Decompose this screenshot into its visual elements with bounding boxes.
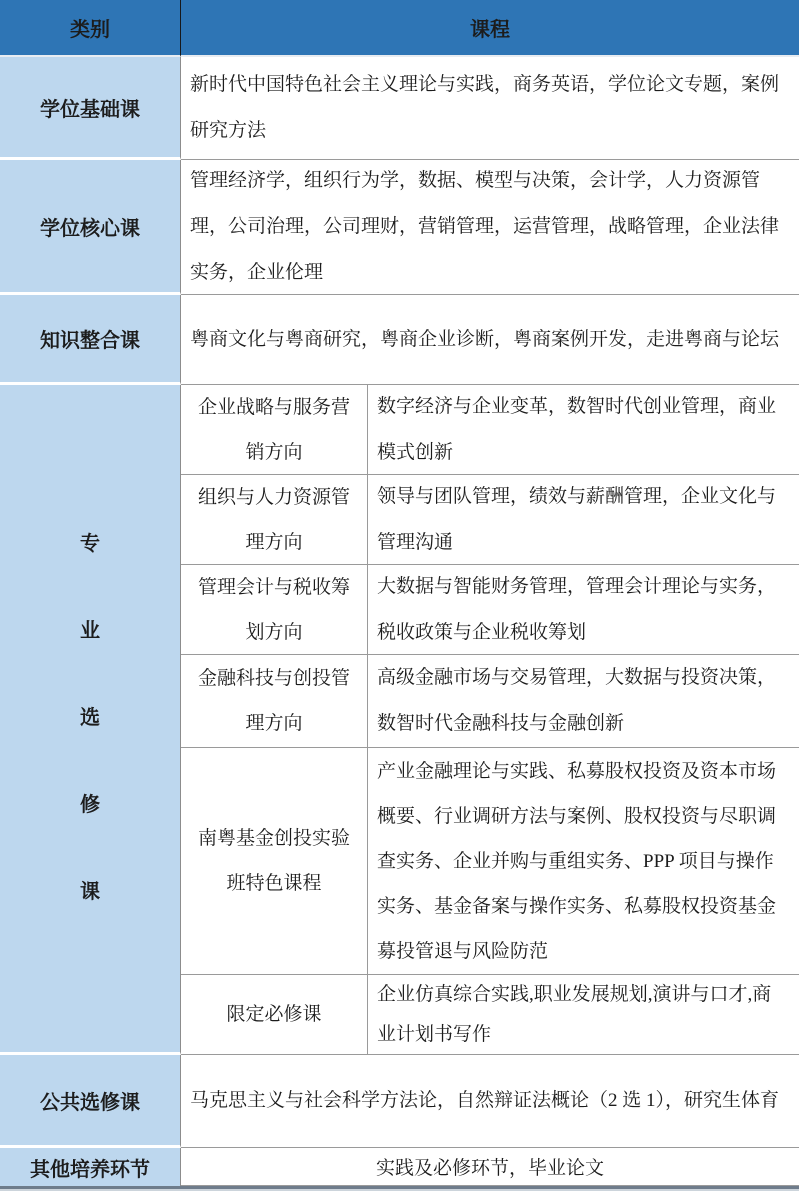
track-cell-fintech-vc: 金融科技与创投管理方向	[181, 655, 368, 748]
course-text: 粤商文化与粤商研究，粤商企业诊断，粤商案例开发，走进粤商与论坛	[190, 317, 779, 363]
course-cell-basic: 新时代中国特色社会主义理论与实践，商务英语，学位论文专题，案例研究方法	[181, 57, 799, 160]
track-label: 企业战略与服务营销方向	[197, 385, 351, 475]
course-text: 高级金融市场与交易管理，大数据与投资决策，数智时代金融科技与金融创新	[377, 655, 789, 747]
bottom-border-bar	[0, 1186, 799, 1191]
track-cell-strategy-marketing: 企业战略与服务营销方向	[181, 385, 368, 475]
course-cell-accounting-tax: 大数据与智能财务管理，管理会计理论与实务，税收政策与企业税收筹划	[368, 565, 799, 655]
track-label: 南粤基金创投实验班特色课程	[197, 816, 351, 906]
category-cell-elective: 专 业 选 修 课	[0, 385, 181, 1055]
track-cell-limited-required: 限定必修课	[181, 975, 368, 1055]
track-label: 组织与人力资源管理方向	[197, 475, 351, 565]
track-cell-org-hr: 组织与人力资源管理方向	[181, 475, 368, 565]
course-cell-nanyue-fund: 产业金融理论与实践、私募股权投资及资本市场概要、行业调研方法与案例、股权投资与尽…	[368, 748, 799, 975]
course-cell-core: 管理经济学，组织行为学，数据、模型与决策，会计学，人力资源管理，公司治理，公司理…	[181, 160, 799, 295]
course-text: 企业仿真综合实践,职业发展规划,演讲与口才,商业计划书写作	[377, 975, 789, 1055]
category-cell-basic: 学位基础课	[0, 57, 181, 160]
course-cell-strategy-marketing: 数字经济与企业变革，数智时代创业管理，商业模式创新	[368, 385, 799, 475]
category-char: 选	[80, 675, 100, 762]
category-cell-integration: 知识整合课	[0, 295, 181, 385]
course-cell-limited-required: 企业仿真综合实践,职业发展规划,演讲与口才,商业计划书写作	[368, 975, 799, 1055]
track-cell-accounting-tax: 管理会计与税收筹划方向	[181, 565, 368, 655]
category-label: 其他培养环节	[30, 1153, 150, 1182]
category-label: 学位基础课	[40, 93, 140, 122]
course-text: 产业金融理论与实践、私募股权投资及资本市场概要、行业调研方法与案例、股权投资与尽…	[377, 749, 789, 974]
category-cell-core: 学位核心课	[0, 160, 181, 295]
category-cell-public: 公共选修课	[0, 1055, 181, 1148]
course-text: 实践及必修环节，毕业论文	[376, 1153, 604, 1180]
category-cell-other: 其他培养环节	[0, 1148, 181, 1186]
course-cell-integration: 粤商文化与粤商研究，粤商企业诊断，粤商案例开发，走进粤商与论坛	[181, 295, 799, 385]
header-cell-course: 课程	[181, 0, 799, 57]
course-text: 马克思主义与社会科学方法论，自然辩证法概论（2 选 1），研究生体育	[190, 1078, 779, 1124]
track-label: 限定必修课	[197, 992, 351, 1037]
course-cell-public: 马克思主义与社会科学方法论，自然辩证法概论（2 选 1），研究生体育	[181, 1055, 799, 1148]
course-text: 大数据与智能财务管理，管理会计理论与实务，税收政策与企业税收筹划	[377, 565, 789, 655]
category-label: 学位核心课	[40, 212, 140, 241]
category-char: 业	[80, 588, 100, 675]
category-label: 公共选修课	[40, 1086, 140, 1115]
course-text: 新时代中国特色社会主义理论与实践，商务英语，学位论文专题，案例研究方法	[190, 62, 789, 154]
course-cell-other: 实践及必修环节，毕业论文	[181, 1148, 799, 1186]
track-label: 管理会计与税收筹划方向	[197, 565, 351, 655]
course-text: 管理经济学，组织行为学，数据、模型与决策，会计学，人力资源管理，公司治理，公司理…	[190, 160, 789, 295]
track-label: 金融科技与创投管理方向	[197, 656, 351, 746]
header-category-label: 类别	[70, 13, 110, 42]
course-text: 领导与团队管理，绩效与薪酬管理，企业文化与管理沟通	[377, 475, 789, 565]
track-cell-nanyue-fund: 南粤基金创投实验班特色课程	[181, 748, 368, 975]
course-text: 数字经济与企业变革，数智时代创业管理，商业模式创新	[377, 385, 789, 475]
category-char: 专	[80, 501, 100, 588]
curriculum-table: 类别 课程 学位基础课 新时代中国特色社会主义理论与实践，商务英语，学位论文专题…	[0, 0, 799, 1186]
category-char: 课	[80, 849, 100, 936]
header-cell-category: 类别	[0, 0, 181, 57]
course-cell-org-hr: 领导与团队管理，绩效与薪酬管理，企业文化与管理沟通	[368, 475, 799, 565]
category-char: 修	[80, 762, 100, 849]
header-course-label: 课程	[470, 13, 510, 42]
course-cell-fintech-vc: 高级金融市场与交易管理，大数据与投资决策，数智时代金融科技与金融创新	[368, 655, 799, 748]
category-label: 知识整合课	[40, 324, 140, 353]
